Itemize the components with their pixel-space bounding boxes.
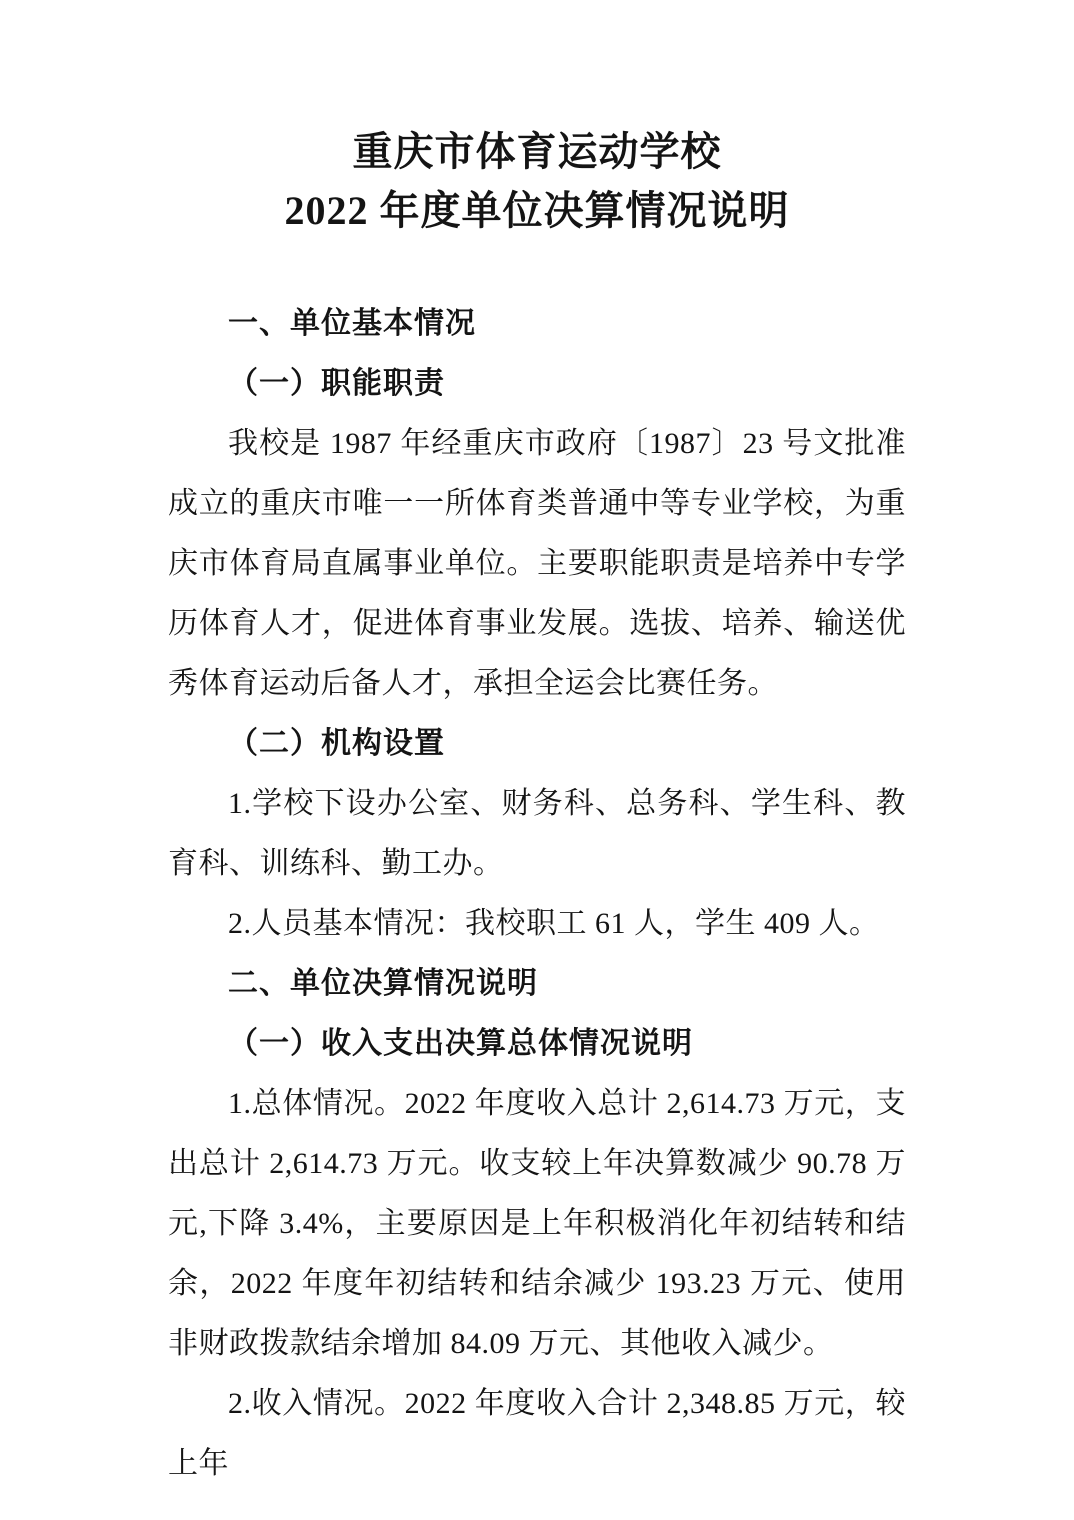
title-line-2: 2022 年度单位决算情况说明 xyxy=(168,181,906,240)
body-paragraph: 2.收入情况。2022 年度收入合计 2,348.85 万元，较上年 xyxy=(168,1374,906,1494)
section-heading: 二、单位决算情况说明 xyxy=(168,954,906,1014)
section-heading: 一、单位基本情况 xyxy=(168,294,906,354)
body-paragraph: 2.人员基本情况：我校职工 61 人，学生 409 人。 xyxy=(168,894,906,954)
title-line-1: 重庆市体育运动学校 xyxy=(168,122,906,181)
subsection-heading: （二）机构设置 xyxy=(168,714,906,774)
body-paragraph: 1.学校下设办公室、财务科、总务科、学生科、教育科、训练科、勤工办。 xyxy=(168,774,906,894)
document-page: 重庆市体育运动学校 2022 年度单位决算情况说明 一、单位基本情况（一）职能职… xyxy=(0,0,1074,1520)
subsection-heading: （一）职能职责 xyxy=(168,354,906,414)
document-title: 重庆市体育运动学校 2022 年度单位决算情况说明 xyxy=(168,122,906,240)
document-body: 一、单位基本情况（一）职能职责我校是 1987 年经重庆市政府〔1987〕23 … xyxy=(168,294,906,1494)
body-paragraph: 1.总体情况。2022 年度收入总计 2,614.73 万元，支出总计 2,61… xyxy=(168,1074,906,1374)
subsection-heading: （一）收入支出决算总体情况说明 xyxy=(168,1014,906,1074)
body-paragraph: 我校是 1987 年经重庆市政府〔1987〕23 号文批准成立的重庆市唯一一所体… xyxy=(168,414,906,714)
